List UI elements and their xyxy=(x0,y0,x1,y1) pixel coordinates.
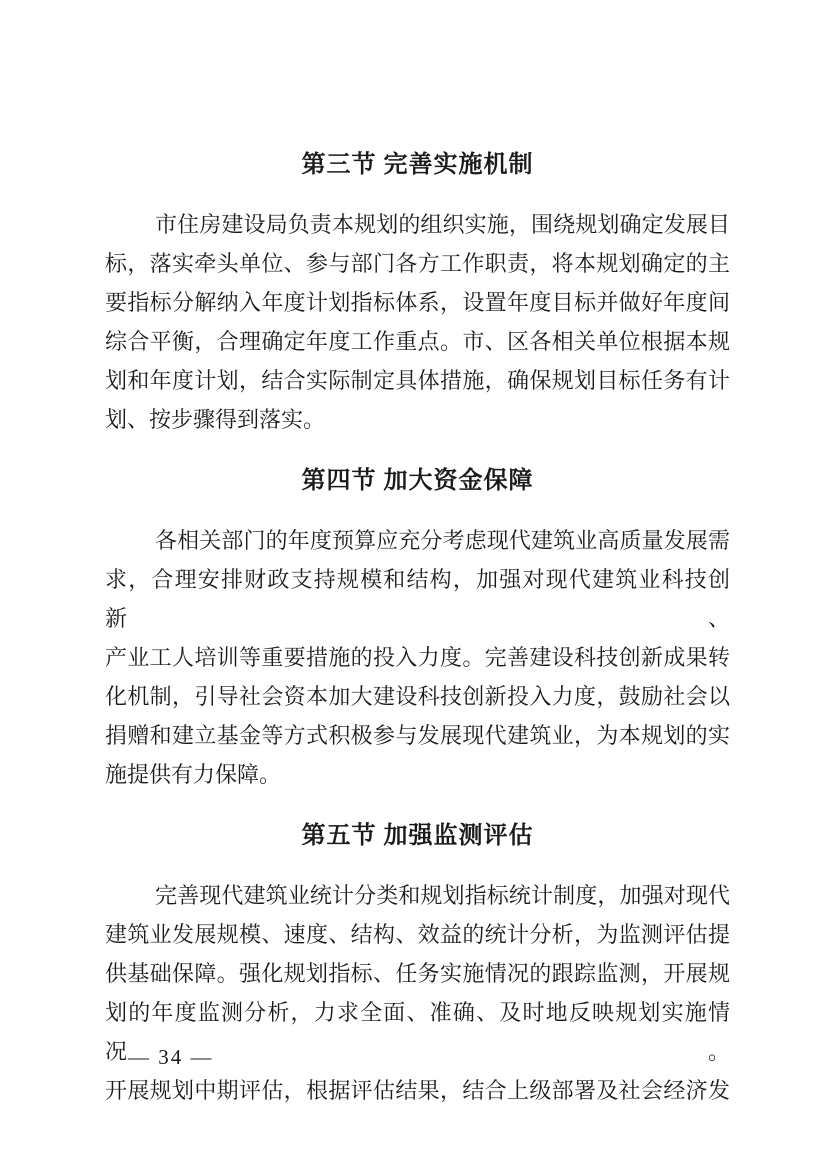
body-paragraph: 市住房建设局负责本规划的组织实施，围绕规划确定发展目标，落实牵头单位、参与部门各… xyxy=(105,205,730,439)
paragraph-line: 划、按步骤得到落实。 xyxy=(105,400,730,439)
document-content: 第三节 完善实施机制 市住房建设局负责本规划的组织实施，围绕规划确定发展目标，落… xyxy=(105,145,730,1110)
document-section: 第三节 完善实施机制 市住房建设局负责本规划的组织实施，围绕规划确定发展目标，落… xyxy=(105,145,730,439)
paragraph-line: 化机制，引导社会资本加大建设科技创新投入力度，鼓励社会以 xyxy=(105,677,730,716)
paragraph-line: 综合平衡，合理确定年度工作重点。市、区各相关单位根据本规 xyxy=(105,322,730,361)
paragraph-line: 产业工人培训等重要措施的投入力度。完善建设科技创新成果转 xyxy=(105,638,730,677)
section-heading: 第三节 完善实施机制 xyxy=(105,145,730,185)
page-footer: — 34 — xyxy=(128,1042,214,1072)
body-paragraph: 完善现代建筑业统计分类和规划指标统计制度，加强对现代建筑业发展规模、速度、结构、… xyxy=(105,876,730,1110)
paragraph-line: 捐赠和建立基金等方式积极参与发展现代建筑业，为本规划的实 xyxy=(105,716,730,755)
document-page: 第三节 完善实施机制 市住房建设局负责本规划的组织实施，围绕规划确定发展目标，落… xyxy=(0,0,827,1170)
paragraph-line: 各相关部门的年度预算应充分考虑现代建筑业高质量发展需 xyxy=(105,521,730,560)
paragraph-line: 求，合理安排财政支持规模和结构，加强对现代建筑业科技创新、 xyxy=(105,560,730,638)
section-heading: 第五节 加强监测评估 xyxy=(105,816,730,856)
section-heading: 第四节 加大资金保障 xyxy=(105,461,730,501)
paragraph-line: 标，落实牵头单位、参与部门各方工作职责，将本规划确定的主 xyxy=(105,244,730,283)
document-section: 第四节 加大资金保障 各相关部门的年度预算应充分考虑现代建筑业高质量发展需求，合… xyxy=(105,461,730,794)
paragraph-line: 施提供有力保障。 xyxy=(105,755,730,794)
paragraph-line: 要指标分解纳入年度计划指标体系，设置年度目标并做好年度间 xyxy=(105,283,730,322)
paragraph-line: 市住房建设局负责本规划的组织实施，围绕规划确定发展目 xyxy=(105,205,730,244)
body-paragraph: 各相关部门的年度预算应充分考虑现代建筑业高质量发展需求，合理安排财政支持规模和结… xyxy=(105,521,730,794)
paragraph-line: 完善现代建筑业统计分类和规划指标统计制度，加强对现代 xyxy=(105,876,730,915)
paragraph-line: 建筑业发展规模、速度、结构、效益的统计分析，为监测评估提 xyxy=(105,915,730,954)
paragraph-line: 供基础保障。强化规划指标、任务实施情况的跟踪监测，开展规 xyxy=(105,954,730,993)
paragraph-line: 划和年度计划，结合实际制定具体措施，确保规划目标任务有计 xyxy=(105,361,730,400)
page-number: — 34 — xyxy=(128,1045,214,1069)
paragraph-line: 开展规划中期评估，根据评估结果，结合上级部署及社会经济发 xyxy=(105,1071,730,1110)
